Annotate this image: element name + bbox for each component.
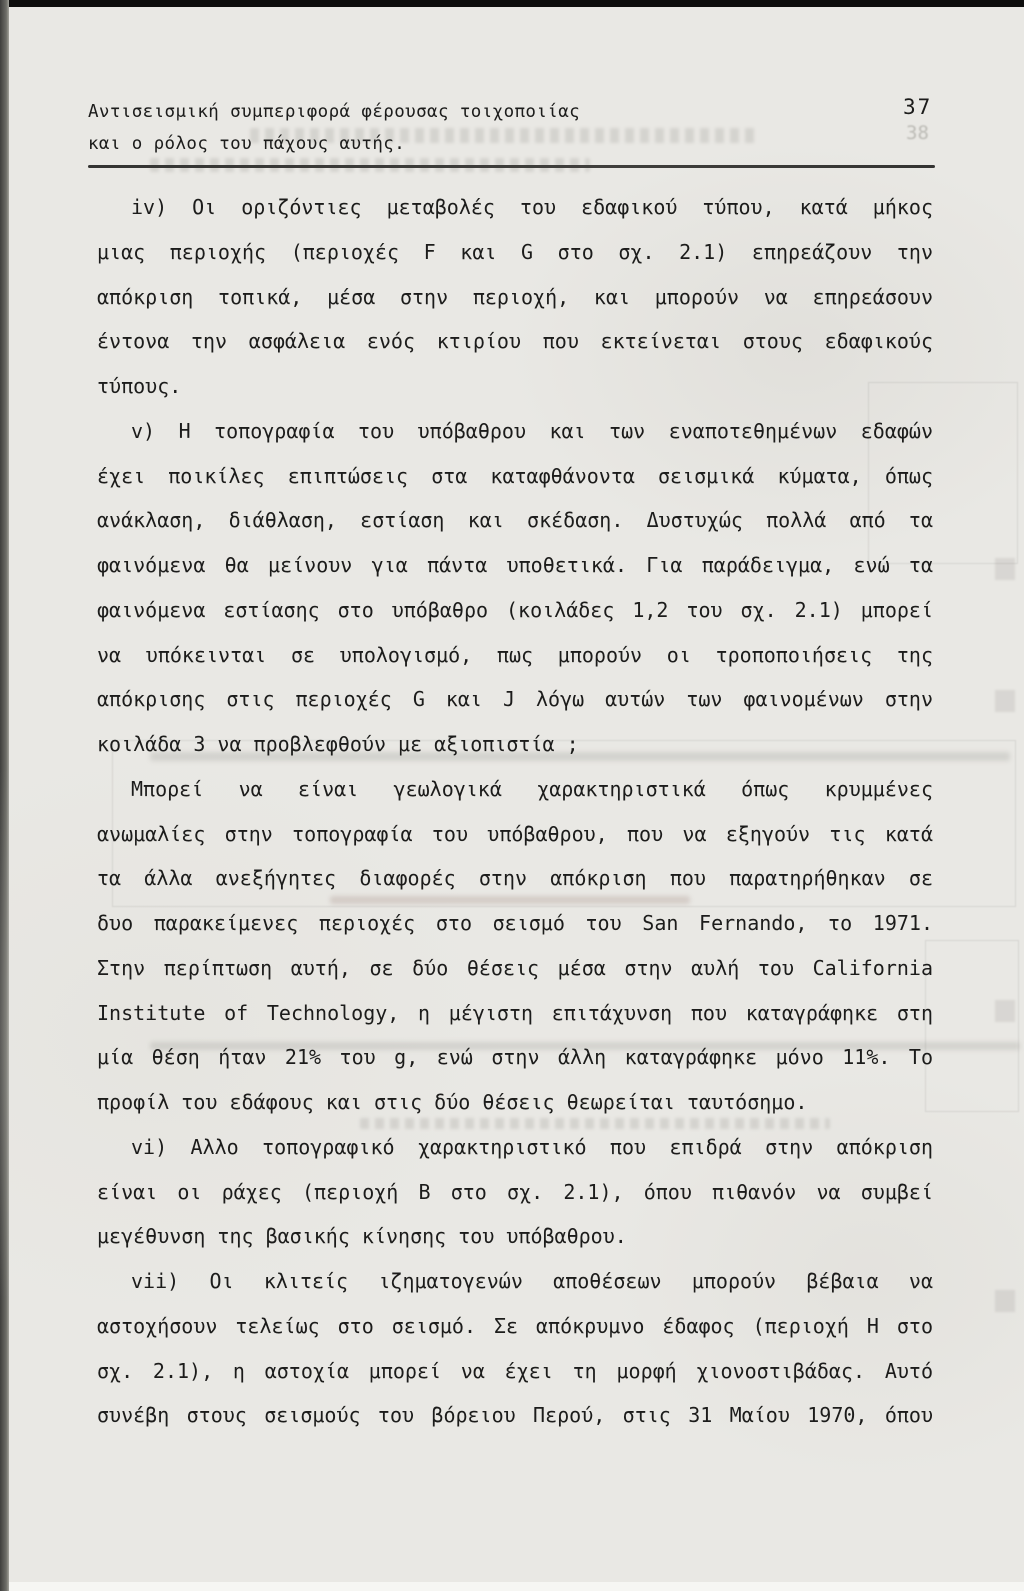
- body-line: δυο παρακείμενες περιοχές στο σεισμό του…: [97, 901, 933, 946]
- body-line: είναι οι ράχες (περιοχή Β στο σχ. 2.1), …: [97, 1170, 933, 1215]
- body-line: σχ. 2.1), η αστοχία μπορεί να έχει τη μο…: [97, 1349, 933, 1394]
- bleedthrough-mark: [995, 558, 1015, 580]
- body-line: απόκριση τοπικά, μέσα στην περιοχή, και …: [97, 275, 933, 320]
- body-line: μεγέθυνση της βασικής κίνησης του υπόβαθ…: [97, 1214, 933, 1259]
- scan-edge-bottom: [9, 1582, 1024, 1591]
- scan-edge-left: [0, 0, 9, 1591]
- running-header-line1: Αντισεισμική συμπεριφορά φέρουσας τοιχοπ…: [88, 96, 808, 128]
- header-rule: [88, 165, 935, 168]
- body-line: απόκρισης στις περιοχές G και J λόγω αυτ…: [97, 677, 933, 722]
- body-line: vi) Αλλο τοπογραφικό χαρακτηριστικό που …: [97, 1125, 933, 1170]
- bleedthrough-page-number: 38: [906, 122, 929, 144]
- body-lines: iv) Οι οριζόντιες μεταβολές του εδαφικού…: [97, 185, 933, 1438]
- body-line: έχει ποικίλες επιπτώσεις στα καταφθάνοντ…: [97, 454, 933, 499]
- bleedthrough-figure-box: [925, 940, 1019, 1112]
- body-line: φαινόμενα θα μείνουν για πάντα υποθετικά…: [97, 543, 933, 588]
- body-line: Μπορεί να είναι γεωλογικά χαρακτηριστικά…: [97, 767, 933, 812]
- body-line: v) Η τοπογραφία του υπόβαθρου και των εν…: [97, 409, 933, 454]
- body-line: τα άλλα ανεξήγητες διαφορές στην απόκρισ…: [97, 856, 933, 901]
- page-number: 37: [903, 95, 932, 119]
- scanned-document-page: 38 Αντισεισμική συμπεριφορά φέρουσας τοι…: [0, 0, 1024, 1591]
- bleedthrough-mark: [995, 1290, 1015, 1312]
- body-line: iv) Οι οριζόντιες μεταβολές του εδαφικού…: [97, 185, 933, 230]
- body-line: μιας περιοχής (περιοχές F και G στο σχ. …: [97, 230, 933, 275]
- body-line: Στην περίπτωση αυτή, σε δύο θέσεις μέσα …: [97, 946, 933, 991]
- bleedthrough-mark: [995, 690, 1015, 712]
- running-header: Αντισεισμική συμπεριφορά φέρουσας τοιχοπ…: [88, 96, 808, 160]
- body-line: vii) Οι κλιτείς ιζηματογενών αποθέσεων μ…: [97, 1259, 933, 1304]
- body-line: συνέβη στους σεισμούς του βόρειου Περού,…: [97, 1393, 933, 1438]
- bleedthrough-mark: [995, 1000, 1015, 1022]
- body-line: να υπόκεινται σε υπολογισμό, πως μπορούν…: [97, 633, 933, 678]
- body-line: φαινόμενα εστίασης στο υπόβαθρο (κοιλάδε…: [97, 588, 933, 633]
- scan-edge-top: [0, 0, 1024, 7]
- body-line: προφίλ του εδάφους και στις δύο θέσεις θ…: [97, 1080, 933, 1125]
- body-line: έντονα την ασφάλεια ενός κτιρίου που εκτ…: [97, 319, 933, 364]
- body-line: ανάκλαση, διάθλαση, εστίαση και σκέδαση.…: [97, 498, 933, 543]
- body-line: Institute of Technology, η μέγιστη επιτά…: [97, 991, 933, 1036]
- body-line: κοιλάδα 3 να προβλεφθούν με αξιοπιστία ;: [97, 722, 933, 767]
- body-line: τύπους.: [97, 364, 933, 409]
- body-line: μία θέση ήταν 21% του g, ενώ στην άλλη κ…: [97, 1035, 933, 1080]
- body-line: αστοχήσουν τελείως στο σεισμό. Σε απόκρυ…: [97, 1304, 933, 1349]
- body-line: ανωμαλίες στην τοπογραφία του υπόβαθρου,…: [97, 812, 933, 857]
- running-header-line2: και ο ρόλος του πάχους αυτής.: [88, 128, 808, 160]
